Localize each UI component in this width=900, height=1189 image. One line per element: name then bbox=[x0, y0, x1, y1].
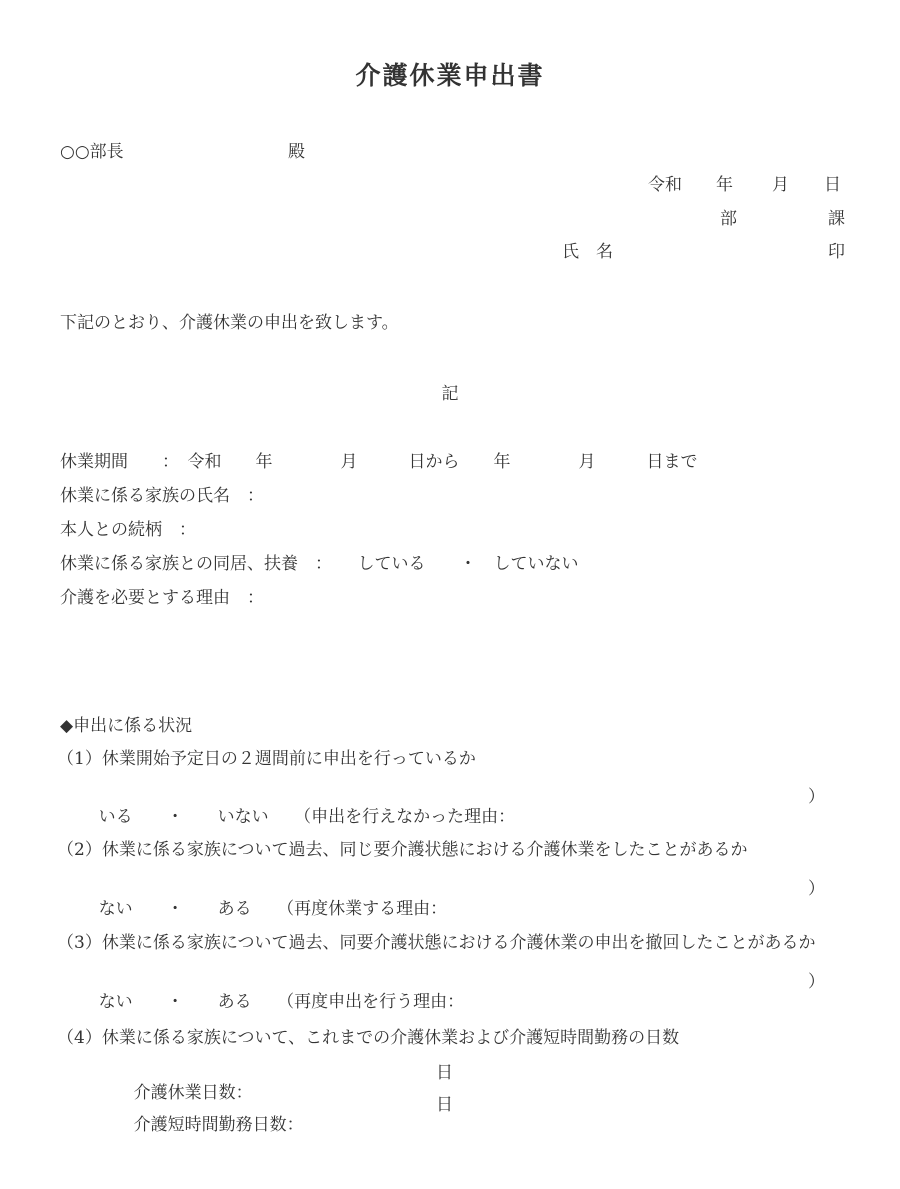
status-section-heading: ◆申出に係る状況 bbox=[60, 716, 192, 736]
era-label: 令和 bbox=[648, 175, 682, 195]
answer-3-options: ない ・ ある （再度申出を行う理由： bbox=[99, 992, 465, 1012]
month-label: 月 bbox=[772, 175, 789, 195]
answer-1-close-paren: ） bbox=[808, 782, 825, 807]
care-reason-line: 介護を必要とする理由 ： bbox=[60, 588, 264, 608]
intro-text: 下記のとおり、介護休業の申出を致します。 bbox=[60, 313, 399, 333]
answer-1-options: いる ・ いない （申出を行えなかった理由： bbox=[99, 807, 516, 827]
cohabitation-line: 休業に係る家族との同居、扶養 ： している ・ していない bbox=[60, 554, 579, 574]
name-label: 氏 名 bbox=[562, 242, 613, 262]
question-1: （1）休業開始予定日の２週間前に申出を行っているか bbox=[57, 749, 476, 769]
question-3: （3）休業に係る家族について過去、同要介護状態における介護休業の申出を撤回したこ… bbox=[57, 933, 815, 953]
short-work-days-line: 介護短時間勤務日数： 日 bbox=[112, 1090, 612, 1175]
record-marker: 記 bbox=[0, 379, 900, 404]
short-work-days-label: 介護短時間勤務日数： bbox=[134, 1115, 304, 1135]
day-label: 日 bbox=[824, 175, 841, 195]
family-name-line: 休業に係る家族の氏名 ： bbox=[60, 486, 264, 506]
answer-3-close-paren: ） bbox=[808, 967, 825, 992]
relationship-line: 本人との続柄 ： bbox=[60, 520, 196, 540]
form-title: 介護休業申出書 bbox=[0, 56, 900, 92]
answer-2-options: ない ・ ある （再度休業する理由： bbox=[99, 899, 448, 919]
care-leave-application-form: 介護休業申出書 ○○部長 殿 令和 年 月 日 部 課 氏 名 印 下記のとおり… bbox=[0, 0, 900, 1189]
answer-2-close-paren: ） bbox=[808, 874, 825, 899]
section-label: 課 bbox=[828, 209, 845, 229]
seal-label: 印 bbox=[828, 242, 845, 262]
year-label: 年 bbox=[716, 175, 733, 195]
question-2: （2）休業に係る家族について過去、同じ要介護状態における介護休業をしたことがある… bbox=[57, 840, 747, 860]
addressee-honorific: 殿 bbox=[288, 142, 305, 162]
question-4: （4）休業に係る家族について、これまでの介護休業および介護短時間勤務の日数 bbox=[57, 1028, 679, 1048]
care-leave-days-unit: 日 bbox=[436, 1058, 453, 1083]
addressee-name: ○○部長 bbox=[60, 142, 124, 162]
short-work-days-unit: 日 bbox=[436, 1090, 453, 1115]
leave-period-line: 休業期間 ： 令和 年 月 日から 年 月 日まで bbox=[60, 452, 698, 472]
department-label: 部 bbox=[720, 209, 737, 229]
